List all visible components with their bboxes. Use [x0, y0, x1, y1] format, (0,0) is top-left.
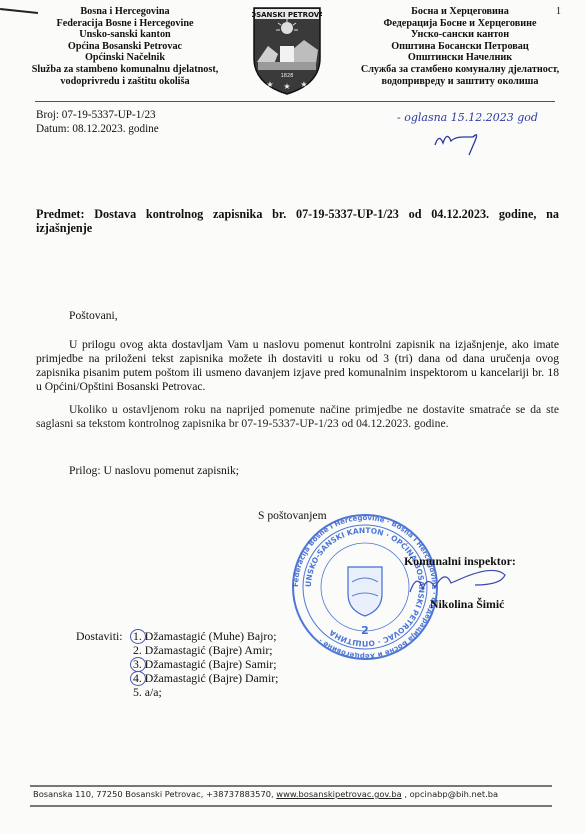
municipal-crest-icon: BOSANSKI PETROVAC 1828 ★★★: [252, 6, 322, 96]
svg-text:- oglasna 15.12.2023 god: - oglasna 15.12.2023 god: [397, 111, 538, 124]
header-line: водопривреду и заштиту околиша: [335, 76, 585, 88]
document-date: Datum: 08.12.2023. godine: [36, 123, 159, 137]
delivery-label: Dostaviti:: [76, 629, 123, 644]
svg-text:★: ★: [266, 80, 273, 89]
svg-text:1828: 1828: [281, 73, 294, 79]
svg-text:★: ★: [300, 80, 307, 89]
body-paragraph-1: U prilogu ovog akta dostavljam Vam u nas…: [36, 338, 559, 394]
header-cyrillic: Босна и Херцеговина Федерација Босне и Х…: [335, 6, 585, 87]
recipient-text: 2. Džamastagić (Bajre) Amir;: [133, 643, 273, 657]
svg-text:2: 2: [361, 624, 369, 637]
inspector-name: Nikolina Šimić: [430, 597, 504, 612]
header-line: Služba za stambeno komunalnu djelatnost,: [0, 64, 250, 76]
handwritten-signature-icon: [435, 135, 477, 155]
header-line: vodoprivredu i zaštitu okoliša: [0, 76, 250, 88]
footer-address: Bosanska 110, 77250 Bosanski Petrovac, +…: [33, 789, 276, 799]
delivery-list: 1. Džamastagić (Muhe) Bajro; 2. Džamasta…: [133, 629, 278, 699]
header-line: Унско-сански кантон: [335, 29, 585, 41]
subject-line-2: izjašnjenje: [36, 221, 92, 235]
header-line: Општина Босански Петровац: [335, 41, 585, 53]
paragraph-text: U prilogu ovog akta dostavljam Vam u nas…: [36, 338, 559, 393]
svg-text:BOSANSKI PETROVAC: BOSANSKI PETROVAC: [252, 11, 322, 19]
paragraph-text: Ukoliko u ostavljenom roku na naprijed p…: [36, 403, 559, 430]
header-line: Служба за стамбено комуналну дјелатност,: [335, 64, 585, 76]
header-line: Општински Начелник: [335, 52, 585, 64]
footer-divider: [30, 785, 552, 787]
handwritten-circle-icon: [130, 629, 146, 644]
recipient-text: 5. a/a;: [133, 685, 162, 699]
handwritten-note: - oglasna 15.12.2023 god: [395, 107, 565, 157]
header-divider: [35, 101, 555, 102]
header-line: Bosna i Hercegovina: [0, 6, 250, 18]
document-meta: Broj: 07-19-5337-UP-1/23 Datum: 08.12.20…: [36, 109, 159, 136]
subject-line: Predmet: Dostava kontrolnog zapisnika br…: [36, 207, 559, 235]
header-line: Općina Bosanski Petrovac: [0, 41, 250, 53]
footer-separator: ,: [402, 789, 410, 799]
recipient-text: 3. Džamastagić (Bajre) Samir;: [133, 657, 276, 671]
recipient-text: 4. Džamastagić (Bajre) Damir;: [133, 671, 278, 685]
header-line: Federacija Bosne i Hercegovine: [0, 18, 250, 30]
greeting: Poštovani,: [69, 309, 118, 323]
subject-line-1: Predmet: Dostava kontrolnog zapisnika br…: [36, 207, 559, 221]
list-item: 3. Džamastagić (Bajre) Samir;: [133, 657, 278, 671]
signature-icon: [405, 567, 515, 597]
header-line: Unsko-sanski kanton: [0, 29, 250, 41]
header-latin: Bosna i Hercegovina Federacija Bosne i H…: [0, 6, 250, 87]
footer-website-link[interactable]: www.bosanskipetrovac.gov.ba: [276, 789, 401, 799]
header-line: Босна и Херцеговина: [335, 6, 585, 18]
footer-divider-lower: [30, 805, 552, 807]
document-number: Broj: 07-19-5337-UP-1/23: [36, 109, 159, 123]
attachment-note: Prilog: U naslovu pomenut zapisnik;: [69, 464, 239, 478]
page-number: 1: [556, 6, 561, 17]
list-item: 2. Džamastagić (Bajre) Amir;: [133, 643, 278, 657]
footer-email[interactable]: opcinabp@bih.net.ba: [410, 789, 498, 799]
body-paragraph-2: Ukoliko u ostavljenom roku na naprijed p…: [36, 403, 559, 431]
list-item: 5. a/a;: [133, 685, 278, 699]
footer: Bosanska 110, 77250 Bosanski Petrovac, +…: [33, 789, 498, 799]
list-item: 4. Džamastagić (Bajre) Damir;: [133, 671, 278, 685]
list-item: 1. Džamastagić (Muhe) Bajro;: [133, 629, 278, 643]
header-line: Općinski Načelnik: [0, 52, 250, 64]
svg-text:★: ★: [283, 82, 290, 91]
header-line: Федерација Босне и Херцеговине: [335, 18, 585, 30]
recipient-text: 1. Džamastagić (Muhe) Bajro;: [133, 629, 276, 643]
